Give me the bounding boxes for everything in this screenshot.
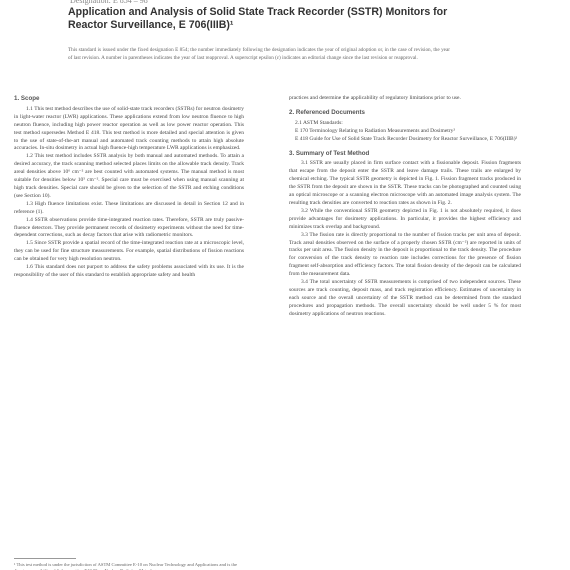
reference-item: E 170 Terminology Relating to Radiation …	[299, 128, 521, 136]
paragraph-1-4: 1.4 SSTR observations provide time-integ…	[14, 217, 244, 241]
reference-item: 2.1 ASTM Standards:	[299, 120, 521, 128]
paragraph-3-3: 3.3 The fission rate is directly proport…	[289, 232, 521, 279]
right-column: practices and determine the applicabilit…	[289, 95, 521, 319]
paragraph-1-3: 1.3 High fluence limitations exist. Thes…	[14, 201, 244, 217]
document-page: Designation: E 854 – 98 Application and …	[0, 0, 570, 570]
section-heading-summary: 3. Summary of Test Method	[289, 150, 521, 158]
document-title: Application and Analysis of Solid State …	[68, 6, 488, 32]
reference-item: E 418 Guide for Use of Solid State Track…	[299, 136, 521, 144]
paragraph-3-2: 3.2 While the conventional SSTR geometry…	[289, 208, 521, 232]
paragraph-1-1: 1.1 This test method describes the use o…	[14, 106, 244, 153]
paragraph-3-1: 3.1 SSTR are usually placed in firm surf…	[289, 160, 521, 207]
left-column: 1. Scope 1.1 This test method describes …	[14, 95, 244, 280]
footnote-divider	[14, 558, 76, 559]
footnote: ¹ This test method is under the jurisdic…	[14, 562, 244, 570]
section-heading-referenced-documents: 2. Referenced Documents	[289, 109, 521, 117]
paragraph-3-4: 3.4 The total uncertainty of SSTR measur…	[289, 279, 521, 319]
designation-line: Designation: E 854 – 98	[70, 0, 270, 5]
paragraph-1-6: 1.6 This standard does not purport to ad…	[14, 264, 244, 280]
paragraph-1-5: 1.5 Since SSTR provide a spatial record …	[14, 240, 244, 264]
section-heading-scope: 1. Scope	[14, 95, 244, 103]
paragraph-1-2: 1.2 This test method includes SSTR analy…	[14, 153, 244, 200]
standard-notice: This standard is issued under the fixed …	[68, 47, 450, 62]
paragraph-continuation: practices and determine the applicabilit…	[289, 95, 521, 103]
